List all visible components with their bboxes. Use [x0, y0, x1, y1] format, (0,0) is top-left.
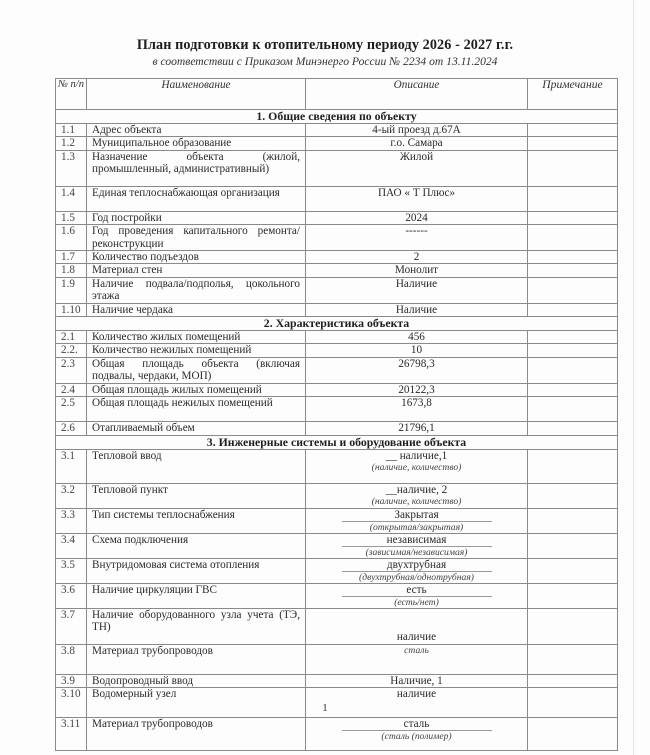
row-note: [528, 344, 618, 357]
row-value: г.о. Самара: [311, 137, 522, 149]
table-row: 3.7Наличие оборудованного узла учета (ТЭ…: [56, 608, 618, 644]
row-name: Наличие оборудованного узла учета (ТЭ, Т…: [87, 608, 306, 644]
row-description: 4-ый проезд д.67А: [306, 124, 528, 137]
row-note: [528, 303, 618, 316]
row-description: ------: [306, 225, 528, 251]
row-number: 1.2: [56, 137, 87, 150]
row-description: 21796,1: [306, 422, 528, 435]
row-name: Наличие чердака: [87, 303, 306, 316]
header-note: Примечание: [528, 79, 618, 110]
row-number: 1.10: [56, 303, 87, 316]
section-header-row: 1. Общие сведения по объекту: [56, 110, 618, 124]
row-description: сталь: [306, 644, 528, 674]
table-row: 2.3Общая площадь объекта (включая подвал…: [56, 357, 618, 383]
row-name: Внутридомовая система отопления: [87, 558, 306, 583]
row-name: Общая площадь нежилых помещений: [87, 397, 306, 422]
row-description: __ наличие,1(наличие, количество): [306, 449, 528, 483]
row-number: 3.5: [56, 558, 87, 583]
row-value: 21796,1: [311, 422, 522, 434]
page-number: 1: [0, 702, 650, 714]
row-value: Наличие: [311, 304, 522, 316]
table-row: 3.5Внутридомовая система отоплениядвухтр…: [56, 558, 618, 583]
row-hint: сталь: [311, 645, 522, 656]
table-row: 3.11Материал трубопроводовсталь(сталь (п…: [56, 717, 618, 750]
row-name: Единая теплоснабжающая организация: [87, 186, 306, 211]
row-description: Наличие, 1: [306, 674, 528, 687]
row-name: Материал стен: [87, 264, 306, 277]
row-number: 3.2: [56, 483, 87, 508]
row-value: Наличие: [311, 278, 522, 290]
row-value: __наличие, 2: [311, 484, 522, 496]
row-description: Закрытая(открытая/закрытая): [306, 508, 528, 533]
row-value: 20122,3: [311, 384, 522, 396]
table-header-row: № п/п Наименование Описание Примечание: [56, 79, 618, 110]
row-description: Наличие: [306, 303, 528, 316]
row-value: наличие: [311, 631, 522, 643]
row-name: Год проведения капитального ремонта/реко…: [87, 225, 306, 251]
table-row: 1.10Наличие чердакаНаличие: [56, 303, 618, 316]
row-number: 3.11: [56, 717, 87, 750]
row-description: наличие: [306, 608, 528, 644]
row-note: [528, 397, 618, 422]
row-note: [528, 251, 618, 264]
row-name: Муниципальное образование: [87, 137, 306, 150]
value-underline: сталь: [342, 718, 492, 731]
row-number: 2.1: [56, 331, 87, 344]
table-row: 2.1Количество жилых помещений456: [56, 331, 618, 344]
row-note: [528, 422, 618, 435]
row-number: 1.6: [56, 225, 87, 251]
row-description: Жилой: [306, 150, 528, 186]
row-number: 1.1: [56, 124, 87, 137]
row-value: 2: [311, 251, 522, 263]
section-header-row: 3. Инженерные системы и оборудование объ…: [56, 435, 618, 449]
row-value: 26798,3: [311, 358, 522, 370]
row-description: 20122,3: [306, 383, 528, 396]
table-row: 3.6Наличие циркуляции ГВСесть(есть/нет): [56, 583, 618, 608]
table-row: 3.8Материал трубопроводовсталь: [56, 644, 618, 674]
table-row: 1.3Назначение объекта (жилой, промышленн…: [56, 150, 618, 186]
row-name: Материал трубопроводов: [87, 644, 306, 674]
row-note: [528, 277, 618, 303]
row-description: 2: [306, 251, 528, 264]
row-value: наличие: [311, 688, 522, 700]
table-row: 1.9Наличие подвала/подполья, цокольного …: [56, 277, 618, 303]
row-description: 26798,3: [306, 357, 528, 383]
table-row: 3.9Водопроводный вводНаличие, 1: [56, 674, 618, 687]
row-note: [528, 583, 618, 608]
row-number: 2.4: [56, 383, 87, 396]
document-subtitle: в соответствии с Приказом Минэнерго Росс…: [0, 55, 650, 68]
row-value: сталь: [311, 718, 522, 731]
row-number: 2.3: [56, 357, 87, 383]
row-value: 10: [311, 344, 522, 356]
row-name: Материал трубопроводов: [87, 717, 306, 750]
table-row: 3.4Схема подключениянезависимая(зависима…: [56, 533, 618, 558]
row-description: ПАО « Т Плюс»: [306, 186, 528, 211]
row-note: [528, 449, 618, 483]
value-underline: есть: [342, 584, 492, 597]
row-note: [528, 150, 618, 186]
row-name: Количество нежилых помещений: [87, 344, 306, 357]
plan-table-body: 1. Общие сведения по объекту1.1Адрес объ…: [56, 110, 618, 751]
row-name: Общая площадь объекта (включая подвалы, …: [87, 357, 306, 383]
row-hint: (сталь (полимер): [311, 731, 522, 742]
row-number: 1.7: [56, 251, 87, 264]
table-row: 1.4Единая теплоснабжающая организацияПАО…: [56, 186, 618, 211]
row-hint: (открытая/закрытая): [311, 522, 522, 533]
row-number: 3.6: [56, 583, 87, 608]
row-description: 10: [306, 344, 528, 357]
row-name: Водопроводный ввод: [87, 674, 306, 687]
row-note: [528, 383, 618, 396]
row-note: [528, 225, 618, 251]
table-row: 1.7Количество подъездов2: [56, 251, 618, 264]
row-value: Монолит: [311, 264, 522, 276]
value-underline: независимая: [342, 534, 492, 547]
row-name: Наличие циркуляции ГВС: [87, 583, 306, 608]
value-underline: Закрытая: [342, 509, 492, 522]
row-note: [528, 211, 618, 224]
section-title: 2. Характеристика объекта: [56, 317, 618, 331]
row-name: Наличие подвала/подполья, цокольного эта…: [87, 277, 306, 303]
row-value: двухтрубная: [311, 559, 522, 572]
table-row: 1.8Материал стенМонолит: [56, 264, 618, 277]
row-value: ПАО « Т Плюс»: [311, 187, 522, 199]
row-note: [528, 533, 618, 558]
section-title: 3. Инженерные системы и оборудование объ…: [56, 435, 618, 449]
row-number: 1.8: [56, 264, 87, 277]
row-number: 3.8: [56, 644, 87, 674]
row-value: Наличие, 1: [311, 675, 522, 687]
row-number: 2.2.: [56, 344, 87, 357]
row-name: Количество жилых помещений: [87, 331, 306, 344]
row-number: 2.6: [56, 422, 87, 435]
row-note: [528, 264, 618, 277]
document-title: План подготовки к отопительному периоду …: [0, 37, 650, 54]
row-number: 3.3: [56, 508, 87, 533]
row-description: 1673,8: [306, 397, 528, 422]
row-number: 3.4: [56, 533, 87, 558]
row-name: Отапливаемый объем: [87, 422, 306, 435]
row-note: [528, 331, 618, 344]
row-description: сталь(сталь (полимер): [306, 717, 528, 750]
row-description: есть(есть/нет): [306, 583, 528, 608]
row-name: Год постройки: [87, 211, 306, 224]
row-number: 1.4: [56, 186, 87, 211]
header-name: Наименование: [87, 79, 306, 110]
row-note: [528, 508, 618, 533]
row-number: 2.5: [56, 397, 87, 422]
section-header-row: 2. Характеристика объекта: [56, 317, 618, 331]
row-value: 2024: [311, 212, 522, 224]
row-number: 1.3: [56, 150, 87, 186]
row-note: [528, 558, 618, 583]
row-value: Жилой: [311, 151, 522, 163]
row-name: Тепловой пункт: [87, 483, 306, 508]
table-row: 1.2Муниципальное образованиег.о. Самара: [56, 137, 618, 150]
table-row: 3.3Тип системы теплоснабженияЗакрытая(от…: [56, 508, 618, 533]
row-value: независимая: [311, 534, 522, 547]
header-description: Описание: [306, 79, 528, 110]
table-row: 1.6Год проведения капитального ремонта/р…: [56, 225, 618, 251]
row-description: 2024: [306, 211, 528, 224]
row-name: Количество подъездов: [87, 251, 306, 264]
row-description: независимая(зависимая/независимая): [306, 533, 528, 558]
row-note: [528, 717, 618, 750]
value-underline: двухтрубная: [342, 559, 492, 572]
row-note: [528, 674, 618, 687]
header-num: № п/п: [56, 79, 87, 110]
row-note: [528, 608, 618, 644]
row-description: Наличие: [306, 277, 528, 303]
row-name: Адрес объекта: [87, 124, 306, 137]
plan-table: № п/п Наименование Описание Примечание 1…: [55, 78, 618, 751]
row-description: двухтрубная(двухтрубная/однотрубная): [306, 558, 528, 583]
row-description: г.о. Самара: [306, 137, 528, 150]
row-hint: (наличие, количество): [311, 496, 522, 507]
row-name: Тип системы теплоснабжения: [87, 508, 306, 533]
table-row: 2.6Отапливаемый объем21796,1: [56, 422, 618, 435]
row-note: [528, 357, 618, 383]
table-row: 3.2Тепловой пункт__наличие, 2(наличие, к…: [56, 483, 618, 508]
row-number: 3.9: [56, 674, 87, 687]
table-row: 2.4Общая площадь жилых помещений20122,3: [56, 383, 618, 396]
row-value: __ наличие,1: [311, 450, 522, 462]
table-row: 2.5Общая площадь нежилых помещений1673,8: [56, 397, 618, 422]
page-edge: [633, 0, 634, 755]
row-value: ------: [311, 225, 522, 237]
row-hint: (двухтрубная/однотрубная): [311, 572, 522, 583]
row-name: Схема подключения: [87, 533, 306, 558]
table-row: 1.5Год постройки2024: [56, 211, 618, 224]
row-value: Закрытая: [311, 509, 522, 522]
row-note: [528, 483, 618, 508]
table-row: 3.1Тепловой ввод__ наличие,1(наличие, ко…: [56, 449, 618, 483]
row-description: Монолит: [306, 264, 528, 277]
row-note: [528, 137, 618, 150]
row-description: __наличие, 2(наличие, количество): [306, 483, 528, 508]
row-name: Тепловой ввод: [87, 449, 306, 483]
row-hint: (есть/нет): [311, 597, 522, 608]
table-row: 1.1Адрес объекта4-ый проезд д.67А: [56, 124, 618, 137]
row-value: 456: [311, 331, 522, 343]
row-value: есть: [311, 584, 522, 597]
row-name: Общая площадь жилых помещений: [87, 383, 306, 396]
row-note: [528, 124, 618, 137]
row-number: 3.1: [56, 449, 87, 483]
row-number: 1.5: [56, 211, 87, 224]
row-note: [528, 644, 618, 674]
row-description: 456: [306, 331, 528, 344]
row-number: 1.9: [56, 277, 87, 303]
row-note: [528, 186, 618, 211]
row-name: Назначение объекта (жилой, промышленный,…: [87, 150, 306, 186]
row-number: 3.7: [56, 608, 87, 644]
row-hint: (зависимая/независимая): [311, 547, 522, 558]
table-row: 2.2.Количество нежилых помещений10: [56, 344, 618, 357]
row-value: 1673,8: [311, 397, 522, 409]
row-value: 4-ый проезд д.67А: [311, 124, 522, 136]
section-title: 1. Общие сведения по объекту: [56, 110, 618, 124]
row-hint: (наличие, количество): [311, 462, 522, 473]
